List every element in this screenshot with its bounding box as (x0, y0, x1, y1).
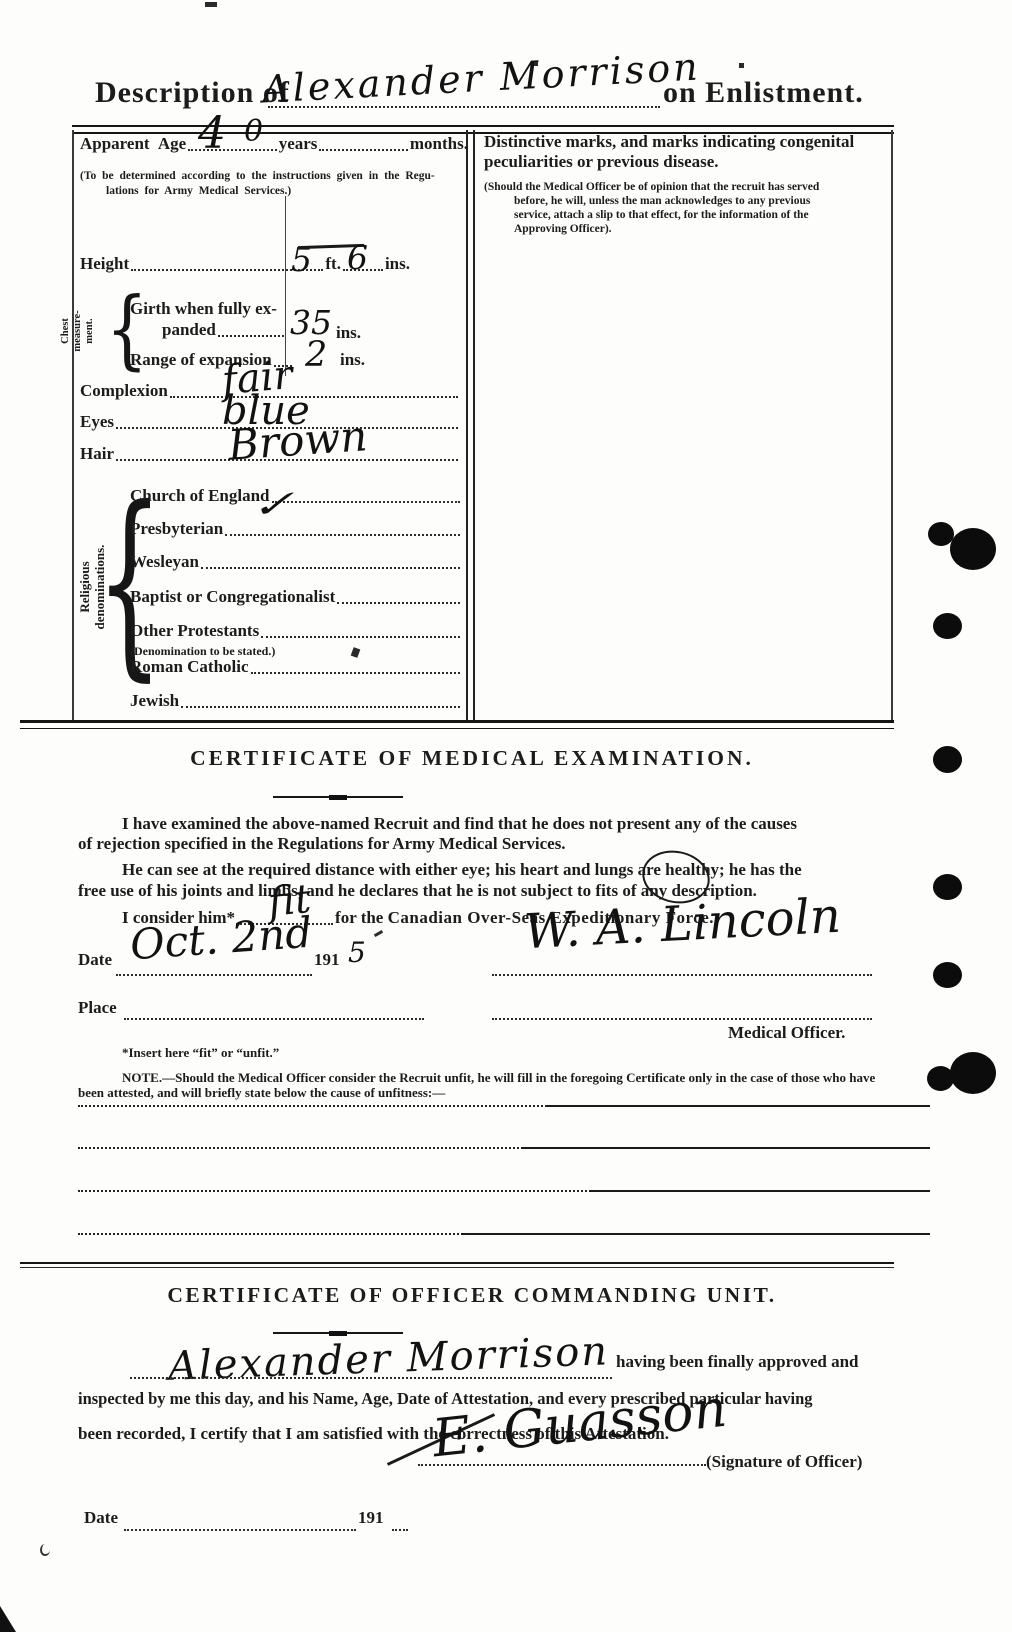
pen-tick (374, 930, 383, 937)
fit-footnote: *Insert here “fit” or “unfit.” (122, 1045, 279, 1061)
divider-center (329, 1331, 347, 1336)
page-title-suffix: on Enlistment. (663, 76, 864, 110)
medical-certificate-heading: CERTIFICATE OF MEDICAL EXAMINATION. (0, 746, 944, 771)
ink-blot (950, 528, 996, 570)
officer-cert-name-leader (130, 1377, 612, 1379)
girth-leader (218, 335, 284, 337)
line-solid-part (521, 1147, 930, 1149)
officer-certificate-heading: CERTIFICATE OF OFFICER COMMANDING UNIT. (0, 1283, 944, 1308)
section-divider (273, 796, 403, 798)
religion-row-roman-catholic: Roman Catholic (130, 657, 462, 677)
medical-date-leader (116, 974, 312, 976)
years-label: years (279, 134, 318, 154)
officer-cert-name-handwritten: Alexander Morrison (167, 1328, 609, 1389)
medical-date-label: Date (78, 950, 112, 970)
value-column-line (285, 196, 286, 376)
apparent-age-row: Apparent Age years months. (80, 134, 468, 154)
ft-label: ft. (325, 254, 341, 274)
religion-row-other-protestants: Other Protestants (130, 621, 462, 641)
months-leader (319, 149, 407, 151)
recruit-name-handwritten: Alexander Morrison (261, 45, 702, 112)
unfit-note-line1: NOTE.—Should the Medical Officer conside… (122, 1070, 875, 1086)
medical-officer-leader (492, 1018, 872, 1020)
officer-date-leader (124, 1529, 356, 1531)
unfitness-blank-line-1 (78, 1105, 930, 1107)
religion-row-baptist: Baptist or Congregationalist (130, 587, 462, 607)
scan-speck (40, 1544, 50, 1556)
table-bottom-rule (20, 720, 894, 729)
ink-blot (933, 962, 962, 988)
religion-row-presbyterian: Presbyterian (130, 519, 462, 539)
place-label: Place (78, 998, 117, 1018)
unfitness-blank-line-4 (78, 1233, 930, 1235)
religion-label: Baptist or Congregationalist (130, 587, 335, 607)
girth-label-line2: panded (162, 320, 216, 340)
medical-para1-line1: I have examined the above-named Recruit … (122, 814, 797, 834)
range-value-handwritten: 2 (305, 335, 327, 375)
distinctive-marks-heading-line1: Distinctive marks, and marks indicating … (484, 132, 854, 152)
complexion-leader (170, 396, 458, 398)
officer-year-printed: 191 (358, 1508, 384, 1528)
page-title-prefix: Description of (95, 76, 290, 110)
leader (337, 602, 460, 604)
height-inches-handwritten: 6 (347, 238, 368, 277)
attestation-paper-scan: Description of Alexander Morrison on Enl… (0, 0, 1012, 1632)
title-name-underline (268, 106, 660, 108)
height-label: Height (80, 254, 129, 274)
religion-label: Other Protestants (130, 621, 259, 641)
distinctive-marks-note-line4: Approving Officer). (514, 223, 612, 235)
age-note-line1: (To be determined according to the instr… (80, 170, 435, 182)
line-solid-part (461, 1233, 930, 1235)
table-left-border (72, 130, 74, 722)
complexion-label: Complexion (80, 381, 168, 401)
medical-signature-leader (492, 974, 872, 976)
distinctive-marks-note-line2: before, he will, unless the man acknowle… (514, 195, 810, 207)
unfitness-blank-line-3 (78, 1190, 930, 1192)
officer-date-trailing-dots (392, 1529, 408, 1531)
table-center-divider (466, 130, 475, 722)
girth-label-line1: Girth when fully ex- (130, 299, 277, 319)
religion-label: Wesleyan (130, 552, 199, 572)
leader (181, 706, 460, 708)
leader (225, 534, 460, 536)
ins-label: ins. (385, 254, 410, 274)
scan-speck (534, 62, 538, 66)
religion-row-jewish: Jewish (130, 691, 462, 711)
chest-group-label: Chest measure- ment. (60, 296, 98, 366)
section-separator-rule (20, 1262, 894, 1268)
unfit-note-line2: been attested, and will briefly state be… (78, 1085, 445, 1101)
section-divider-2 (273, 1332, 403, 1334)
religion-label: Presbyterian (130, 519, 223, 539)
range-unit: ins. (340, 350, 365, 370)
ink-blot (933, 874, 962, 900)
apparent-age-label: Apparent Age (80, 134, 186, 154)
medical-year-digit-handwritten: 5 (348, 936, 366, 969)
religion-label: Roman Catholic (130, 657, 249, 677)
eyes-label: Eyes (80, 412, 114, 432)
officer-signature-leader (418, 1464, 706, 1466)
officer-cert-line1: having been finally approved and (616, 1352, 858, 1372)
divider-center (329, 795, 347, 800)
ink-blot (950, 1052, 996, 1094)
distinctive-marks-note-line3: service, attach a slip to that effect, f… (514, 209, 809, 221)
religion-row-wesleyan: Wesleyan (130, 552, 462, 572)
medical-para1-line2: of rejection specified in the Regulation… (78, 834, 566, 854)
leader (201, 567, 460, 569)
officer-date-label: Date (84, 1508, 118, 1528)
table-right-border (891, 130, 893, 722)
medical-year-printed: 191 (314, 950, 340, 970)
months-label: months. (410, 134, 468, 154)
age-ones-handwritten: 0 (244, 114, 263, 149)
scan-speck (739, 63, 744, 68)
corner-shadow (0, 1606, 16, 1632)
age-note-line2: lations for Army Medical Services.) (106, 185, 291, 197)
consider-suffix: for the (335, 908, 388, 928)
scan-speck (205, 2, 217, 7)
hair-label: Hair (80, 444, 114, 464)
girth-row: panded (162, 320, 286, 340)
leader (272, 501, 460, 503)
medical-officer-label: Medical Officer. (728, 1023, 845, 1043)
girth-unit: ins. (336, 323, 361, 343)
ink-blot (933, 746, 962, 773)
leader (251, 672, 460, 674)
hair-value-handwritten: Brown (226, 411, 368, 470)
leader (261, 636, 460, 638)
line-solid-part (589, 1190, 930, 1192)
line-solid-part (547, 1105, 930, 1107)
place-leader (124, 1018, 424, 1020)
unfitness-blank-line-2 (78, 1147, 930, 1149)
age-tens-handwritten: 4 (198, 108, 226, 159)
officer-signature-label: (Signature of Officer) (706, 1452, 862, 1472)
ink-blot (933, 613, 962, 639)
distinctive-marks-note-line1: (Should the Medical Officer be of opinio… (484, 181, 819, 193)
distinctive-marks-heading-line2: peculiarities or previous disease. (484, 152, 719, 172)
religion-label: Jewish (130, 691, 179, 711)
